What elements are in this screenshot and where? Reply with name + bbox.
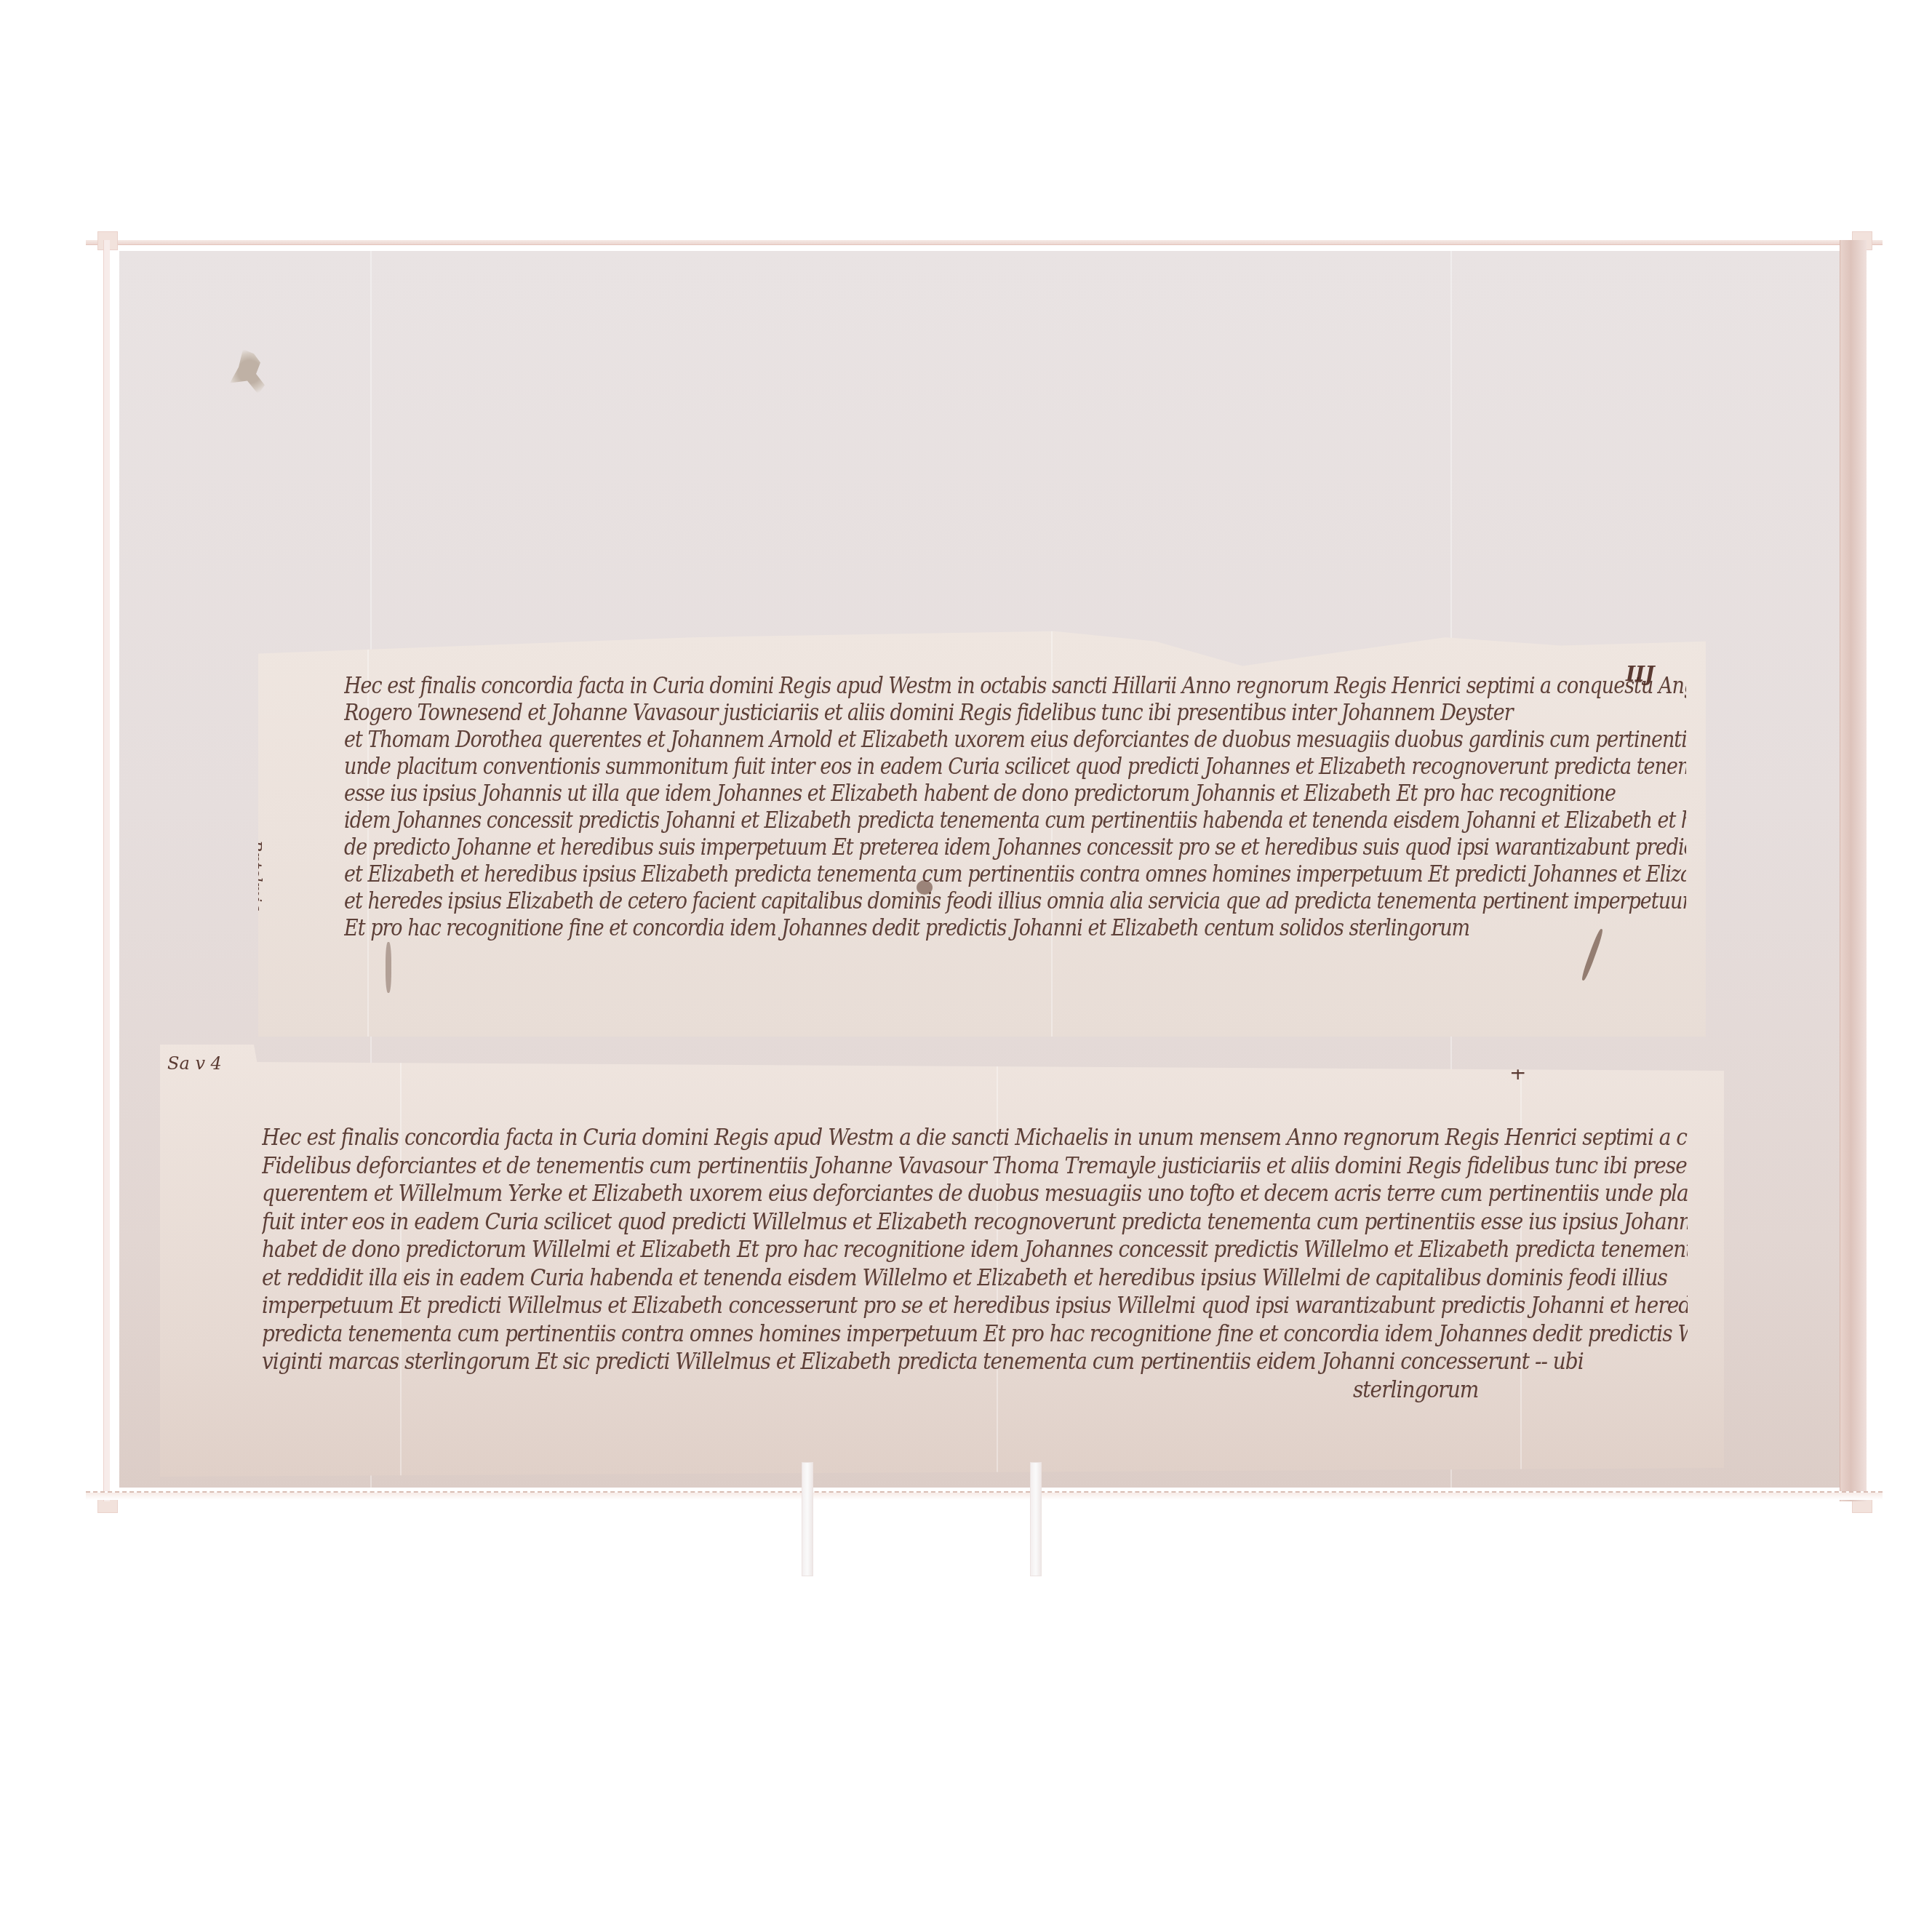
ink-stain [386,942,391,993]
text-line: viginti marcas sterlingorum Et sic predi… [262,1346,1688,1378]
text-line: Et pro hac recognitione fine et concordi… [344,913,1686,942]
document-text: Hec est finalis concordia facta in Curia… [344,673,1686,942]
parchment-document-2: Sa v 4 + Hec est finalis concordia facta… [160,1040,1724,1477]
document-text: Hec est finalis concordia facta in Curia… [262,1124,1688,1404]
marginal-note: Sa v 4 [167,1053,222,1074]
parchment-document-1: Bptslmia IIJ Hec est finalis concordia f… [258,629,1706,1037]
display-stand-leg-left [802,1462,813,1576]
case-bottom-rail [86,1491,1883,1500]
case-left-edge [103,240,110,1501]
text-line: querentem et Willelmum Yerke et Elizabet… [262,1178,1688,1210]
case-top-rail [86,240,1883,245]
display-stand-leg-right [1030,1462,1042,1576]
text-line: habet de dono predictorum Willelmi et El… [262,1234,1688,1266]
panel-damage-spot [230,349,274,394]
text-line: imperpetuum Et predicti Willelmus et Eli… [262,1290,1688,1322]
case-right-edge [1840,240,1867,1501]
text-line: sterlingorum [1353,1374,1571,1404]
